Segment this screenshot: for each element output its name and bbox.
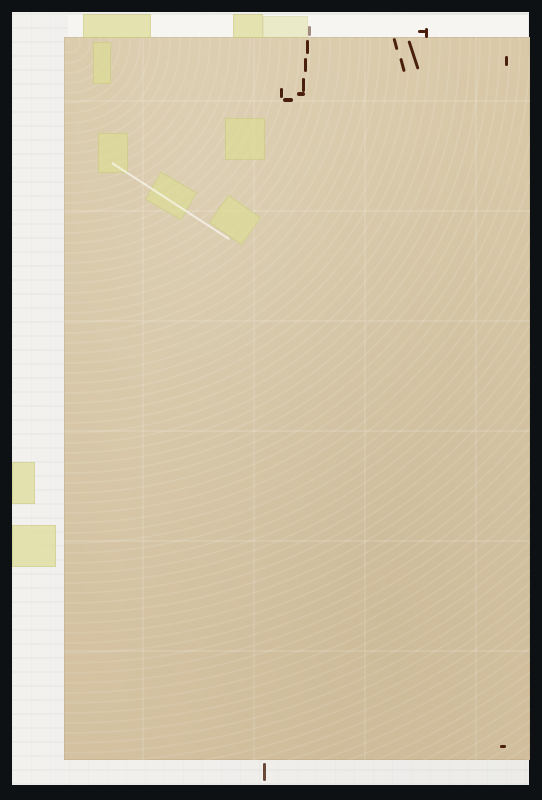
tape-left-2 [12, 525, 56, 567]
tape-square-2 [225, 118, 265, 160]
tape-top-middle [233, 14, 263, 38]
tape-square-1 [98, 133, 128, 173]
tape-left-1 [12, 462, 35, 504]
tape-upper-left [93, 42, 111, 84]
tape-top-left [83, 14, 151, 38]
tape-top-middle-2 [263, 16, 308, 38]
backing-paper [64, 37, 530, 760]
